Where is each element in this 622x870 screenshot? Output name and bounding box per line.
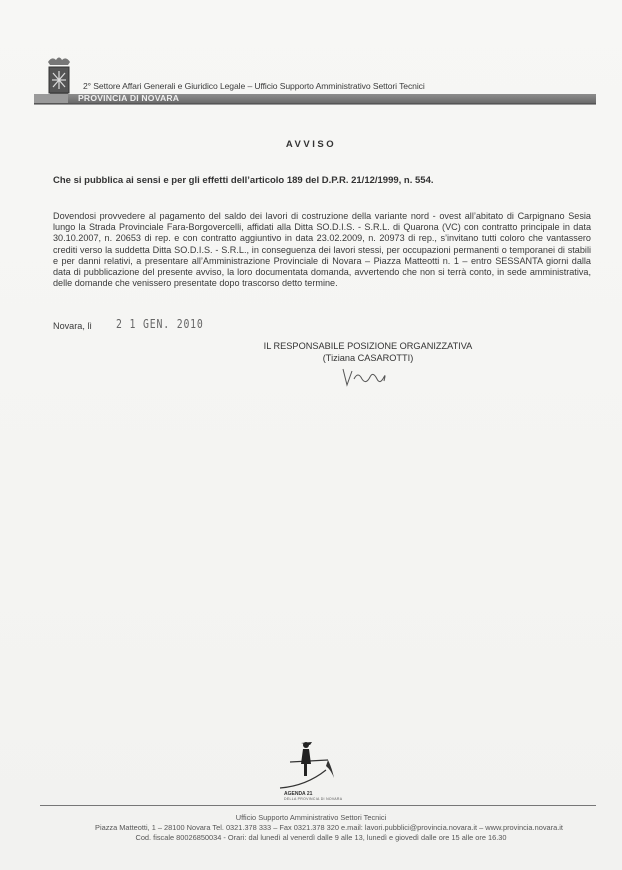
footer-contacts: Piazza Matteotti, 1 – 28100 Novara Tel. … <box>18 823 622 832</box>
sector-heading: 2° Settore Affari Generali e Giuridico L… <box>83 81 425 91</box>
header-divider <box>34 104 596 105</box>
signatory-role: IL RESPONSABILE POSIZIONE ORGANIZZATIVA <box>238 341 498 351</box>
handwritten-signature-icon <box>340 365 390 389</box>
body-paragraph: Dovendosi provvedere al pagamento del sa… <box>53 211 591 289</box>
agenda21-subtitle: DELLA PROVINCIA DI NOVARA <box>284 797 342 801</box>
document-page: 2° Settore Affari Generali e Giuridico L… <box>0 0 622 870</box>
notice-body: Dovendosi provvedere al pagamento del sa… <box>53 211 591 289</box>
footer-divider <box>40 805 596 806</box>
province-name: PROVINCIA DI NOVARA <box>78 93 179 103</box>
agenda21-logo-icon <box>276 740 346 790</box>
document-subtitle: Che si pubblica ai sensi e per gli effet… <box>53 175 434 186</box>
document-title: AVVISO <box>0 139 622 150</box>
date-stamp: 2 1 GEN. 2010 <box>116 317 204 331</box>
footer-hours: Cod. fiscale 80026850034 - Orari: dal lu… <box>10 833 622 842</box>
place-label: Novara, lì <box>53 321 92 331</box>
signatory-name: (Tiziana CASAROTTI) <box>238 353 498 363</box>
footer-office: Ufficio Supporto Amministrativo Settori … <box>0 813 622 822</box>
